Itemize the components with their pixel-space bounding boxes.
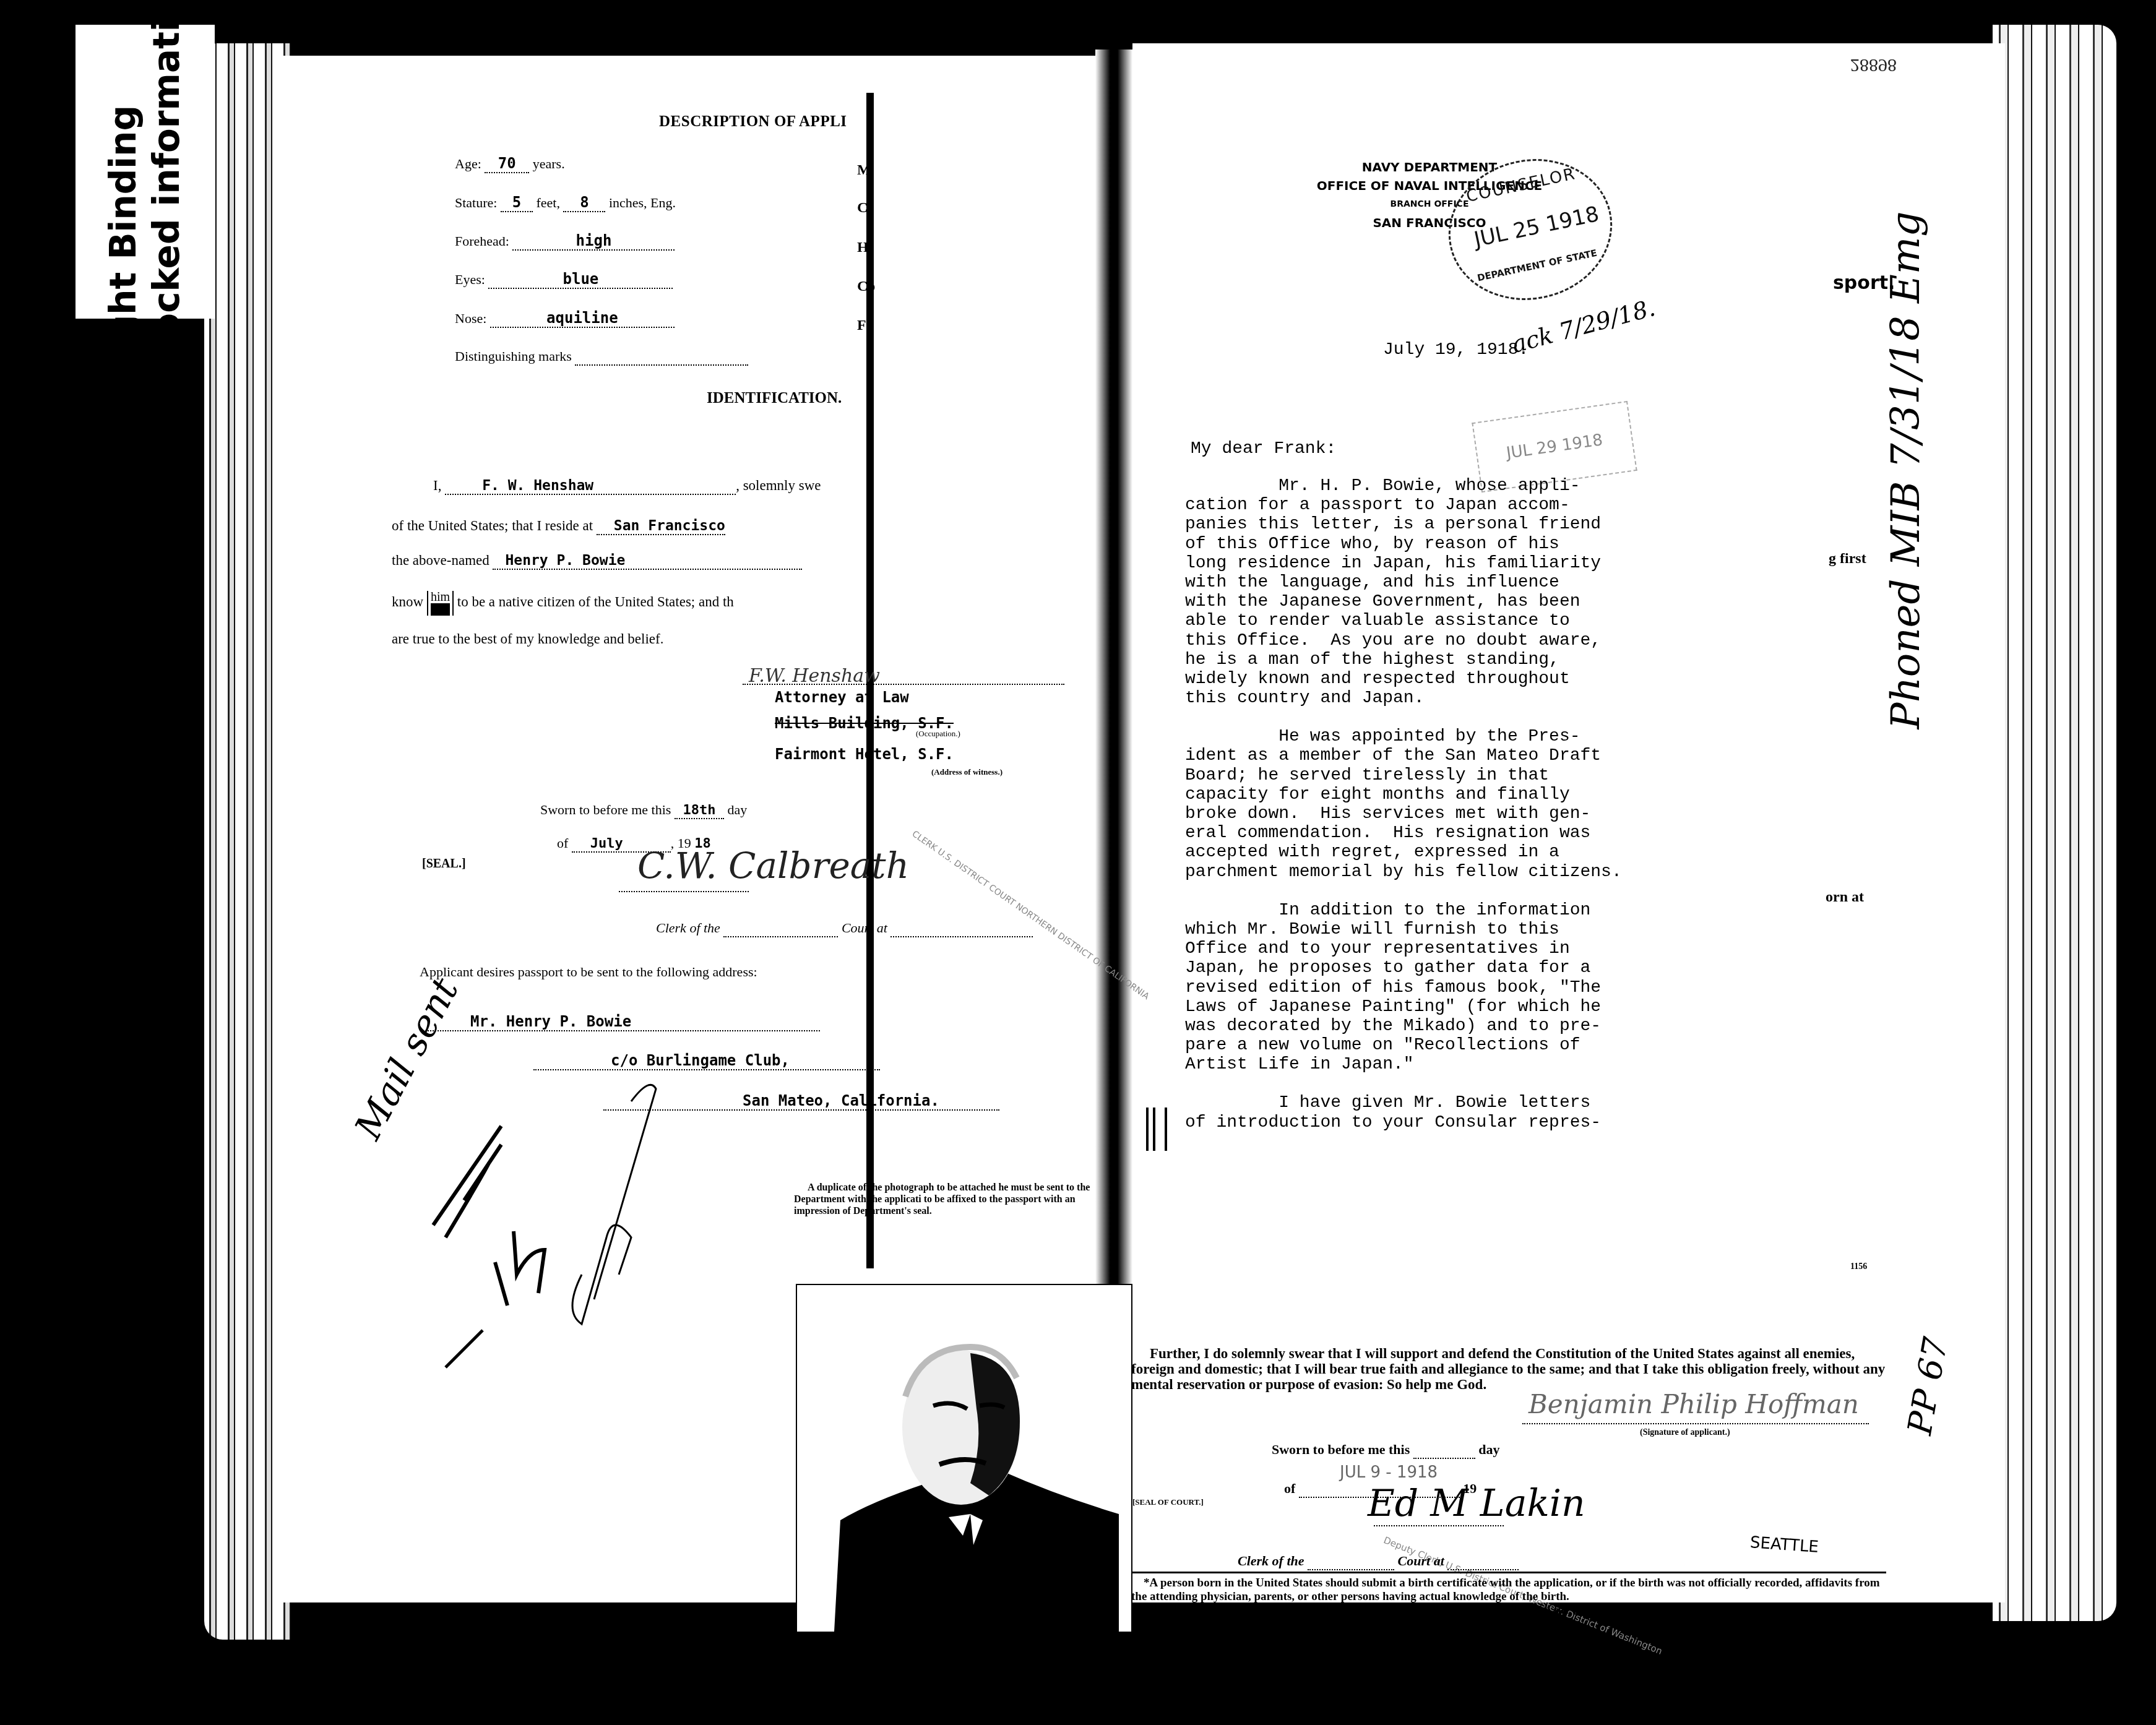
age-value: 70 [485,155,529,173]
id-line1-prefix: I, [433,478,441,493]
right-sworn-day-blank [1413,1442,1475,1459]
feet-label: feet, [536,195,559,210]
sworn-of-label: of [557,835,568,851]
sworn-line: Sworn to before me this 18th day [540,802,747,819]
handwritten-scribbles [408,1052,780,1374]
forehead-label: Forehead: [455,233,509,249]
seal-of-court-label: [SEAL OF COURT.] [1132,1497,1204,1507]
id-line4-suffix: to be a native citizen of the United Sta… [457,594,734,609]
oath-text: Further, I do solemnly swear that I will… [1131,1346,1886,1392]
right-sworn-of-label: of [1284,1481,1295,1496]
book-right-page-edges [1993,25,2116,1621]
witness-occupation: Attorney at Law [775,689,909,706]
id-line3-prefix: the above-named [392,553,489,568]
age-row: Age: 70 years. [455,155,565,173]
right-court-name-blank [1308,1553,1394,1570]
date-stamp: JUL 9 - 1918 [1340,1463,1438,1482]
nose-value: aquiline [490,309,675,328]
stature-inches: 8 [563,194,605,212]
letter-line: widely known and respected throughout [1185,669,1692,689]
letter-line: cation for a passport to Japan accom- [1185,496,1692,515]
letter-line: of this Office who, by reason of his [1185,535,1692,554]
sticky-note: Tight Binding Blocked information [75,25,215,319]
right-clerk-line [1374,1525,1504,1526]
letter-line: Japan, he proposes to gather data for a [1185,958,1692,978]
page-number: 28898 [1850,54,1897,75]
right-court-city-blank [1447,1553,1519,1570]
right-court-at-label: Court at [1398,1553,1444,1568]
court-at-label: Court at [842,920,887,936]
salutation: My dear Frank: [1191,439,1336,458]
age-label: Age: [455,156,481,171]
letter-line: In addition to the information [1185,901,1692,920]
applicant-signature: Benjamin Philip Hoffman [1529,1389,1859,1419]
court-name-blank [723,920,838,937]
letter-line: Office and to your representatives in [1185,939,1692,958]
letter-line: eral commendation. His resignation was [1185,824,1692,843]
cut-label-hair: H: [857,239,874,256]
distinguishing-marks-label: Distinguishing marks [455,348,572,364]
clerk-signature-line [619,891,749,892]
letter-line: which Mr. Bowie will furnish to this [1185,920,1692,939]
nose-label: Nose: [455,311,486,326]
letter-body: Mr. H. P. Bowie, whose appli-cation for … [1185,476,1692,1151]
clerk-signature-right: Ed M Lakin [1368,1482,1585,1525]
margin-tally-marks [1146,1108,1167,1151]
stamp-counselor-date: JUL 25 1918 [1472,202,1601,252]
identification-title: IDENTIFICATION. [707,390,842,407]
stature-feet: 5 [501,194,533,212]
forehead-row: Forehead: high [455,232,675,251]
sworn-prefix: Sworn to before me this [540,802,671,817]
form-number: 1156 [1850,1262,1867,1272]
eyes-value: blue [488,270,673,289]
cut-label-complexion: Co [857,278,875,295]
court-city-blank [890,920,1033,937]
nose-row: Nose: aquiline [455,309,675,328]
witness-name: F. W. Henshaw [445,478,736,495]
signature-line [743,684,1064,685]
over-label: [OVER.] [1278,1630,1311,1640]
letter-line: I have given Mr. Bowie letters [1185,1093,1692,1112]
letter-line: Mr. H. P. Bowie, whose appli- [1185,476,1692,496]
right-sworn-day-label: day [1478,1442,1499,1457]
right-clerk-of-label: Clerk of the [1238,1553,1304,1568]
inches-label: inches, Eng. [609,195,676,210]
pronoun-bracket: him her [427,591,454,616]
eyes-label: Eyes: [455,272,485,287]
right-sworn-prefix: Sworn to before me this [1272,1442,1410,1457]
letter-paragraph: He was appointed by the Pres-ident as a … [1185,727,1692,882]
letter-date: July 19, 1918. [1383,340,1529,359]
form-first-fragment: g first [1829,551,1866,567]
id-line1-suffix: , solemnly swe [736,478,821,493]
letter-line: this Office. As you are no doubt aware, [1185,631,1692,650]
letter-line: able to render valuable assistance to [1185,611,1692,630]
right-clerk-of-line: Clerk of the Court at [1238,1553,1519,1570]
letter-line: pare a new volume on "Recollections of [1185,1036,1692,1055]
letter-line: capacity for eight months and finally [1185,785,1692,804]
letter-line: with the language, and his influence [1185,573,1692,592]
letter-line: panies this letter, is a personal friend [1185,515,1692,534]
footnote-father: †If the applicant's father was born in t… [1131,1604,1892,1617]
letter-line: Artist Life in Japan." [1185,1055,1692,1074]
footnote-divider [1131,1572,1886,1573]
sworn-day: 18th [675,802,724,819]
stature-label: Stature: [455,195,497,210]
footnotes: *A person born in the United States shou… [1131,1577,1892,1617]
letter-line: Laws of Japanese Painting" (for which he [1185,997,1692,1017]
form-born-at-fragment: orn at [1826,889,1864,906]
letter-line: this country and Japan. [1185,689,1692,708]
letter-line: Board; he served tirelessly in that [1185,766,1692,785]
clerk-signature: C.W. Calbreath [637,845,909,887]
letter-line: with the Japanese Government, has been [1185,592,1692,611]
occupation-caption: (Occupation.) [916,729,960,739]
vertical-handwritten-note: Phoned MIB 7/31/18 Emg [1883,212,1929,729]
id-line2-prefix: of the United States; that I reside at [392,518,593,533]
signature-caption: (Signature of applicant.) [1640,1428,1730,1438]
cut-label-face: Fa [857,317,874,334]
letter-line: ident as a member of the San Mateo Draft [1185,746,1692,765]
footnote-birth-certificate: *A person born in the United States shou… [1131,1577,1892,1604]
age-unit: years. [533,156,565,171]
distinguishing-marks-value [575,348,748,366]
clerk-of-line: Clerk of the Court at [656,920,1033,937]
mailing-intro: Applicant desires passport to be sent to… [420,964,757,980]
cut-label-chin: Cl [857,200,872,217]
letter-paragraph: In addition to the informationwhich Mr. … [1185,901,1692,1075]
identification-line-1: I, F. W. Henshaw, solemnly swe [433,478,821,495]
photo-duplicate-note: A duplicate of the photograph to be atta… [794,1182,1119,1217]
clerk-of-label: Clerk of the [656,920,720,936]
applicant-name: Henry P. Bowie [493,553,802,570]
letter-line: broke down. His services met with gen- [1185,804,1692,824]
address-caption: (Address of witness.) [931,767,1003,777]
applicant-signature-line [1522,1423,1869,1424]
letter-paragraph: I have given Mr. Bowie lettersof introdu… [1185,1093,1692,1132]
seal-label: [SEAL.] [422,857,466,871]
right-form-code: 1—66 [1727,1632,1745,1641]
letter-line: revised edition of his famous book, "The [1185,978,1692,997]
identification-line-4: know him her to be a native citizen of t… [392,591,734,616]
letter-line: of introduction to your Consular repres- [1185,1113,1692,1132]
witness-address: Fairmont Hotel, S.F. [775,746,954,763]
cut-label-mouth: M [857,162,871,179]
letter-line: parchment memorial by his fellow citizen… [1185,863,1692,882]
letter-line: he is a man of the highest standing, [1185,650,1692,669]
residence-value: San Francisco [597,518,725,535]
letter-line: was decorated by the Mikado) and to pre- [1185,1017,1692,1036]
pronoun-her-struck: her [431,603,450,616]
stamp-department-text: DEPARTMENT OF STATE [1477,247,1598,284]
pronoun-him: him [431,591,450,603]
left-form-code: 3—66 [303,1614,322,1623]
right-sworn-line: Sworn to before me this day [1272,1442,1499,1459]
sticky-note-line2: Blocked information [145,0,188,377]
description-title: DESCRIPTION OF APPLI [659,113,847,131]
eyes-row: Eyes: blue [455,270,673,289]
mailing-address-line-1: Mr. Henry P. Bowie [421,1013,820,1031]
sticky-note-line1: Tight Binding [101,0,145,377]
portrait-image [797,1285,1131,1632]
identification-line-5: are true to the best of my knowledge and… [392,631,663,647]
identification-line-2: of the United States; that I reside at S… [392,518,725,535]
letter-line: accepted with regret, expressed in a [1185,843,1692,862]
letter-line: long residence in Japan, his familiarity [1185,554,1692,573]
forehead-value: high [512,232,675,251]
letter-paragraph: Mr. H. P. Bowie, whose appli-cation for … [1185,476,1692,708]
letter-line: He was appointed by the Pres- [1185,727,1692,746]
identification-line-3: the above-named Henry P. Bowie [392,553,802,570]
marks-row: Distinguishing marks [455,348,748,366]
id-line4-prefix: know [392,594,423,609]
stature-row: Stature: 5 feet, 8 inches, Eng. [455,194,676,212]
sworn-day-label: day [727,802,747,817]
applicant-photo [796,1284,1132,1633]
